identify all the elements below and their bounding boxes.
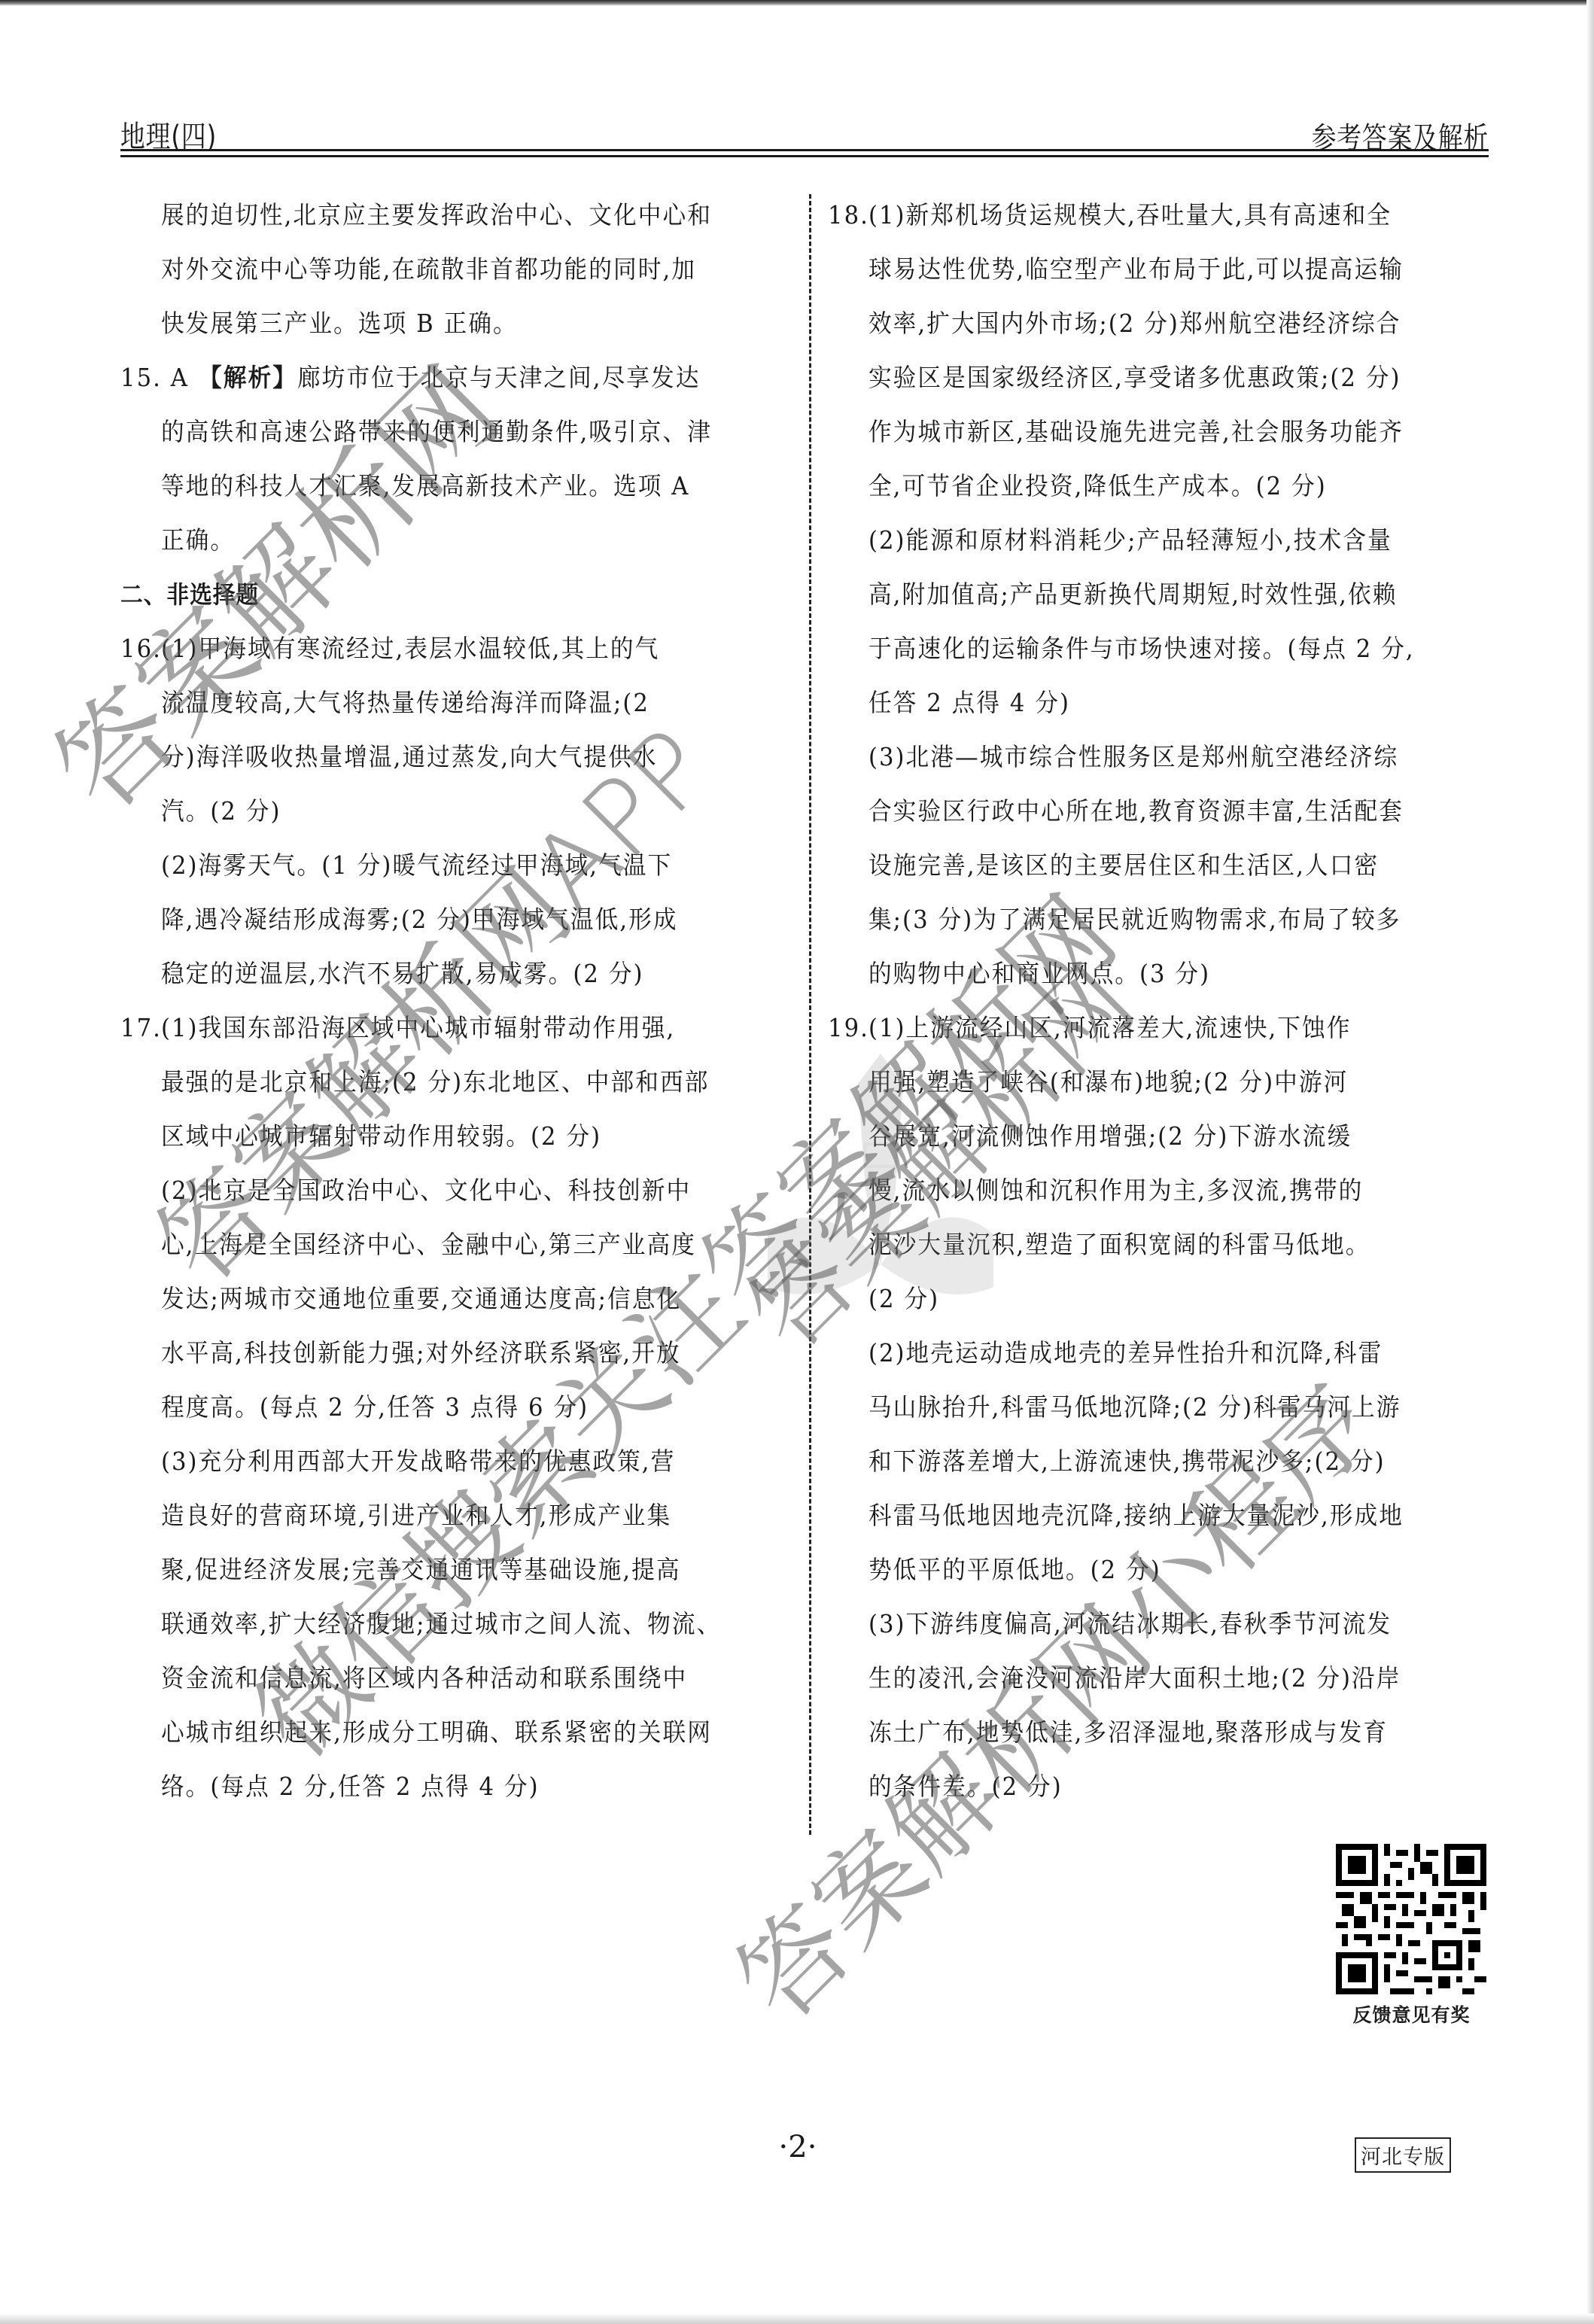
line-text: 资金流和信息流,将区域内各种活动和联系围绕中 — [161, 1663, 687, 1693]
line-text: (3)北港—城市综合性服务区是郑州航空港经济综 — [868, 742, 1398, 771]
line-text: (1)上游流经山区,河流落差大,流速快,下蚀作 — [868, 1013, 1352, 1042]
line-text: 慢,流水以侧蚀和沉积作用为主,多汊流,携带的 — [868, 1176, 1363, 1205]
text-line: (2)北京是全国政治中心、文化中心、科技创新中 — [120, 1164, 740, 1218]
text-line: 冻土广布,地势低洼,多沼泽湿地,聚落形成与发育 — [828, 1705, 1443, 1760]
text-line: 慢,流水以侧蚀和沉积作用为主,多汊流,携带的 — [828, 1164, 1443, 1218]
line-text: (1)新郑机场货运规模大,吞吐量大,具有高速和全 — [868, 200, 1392, 230]
text-line: 谷展宽,河流侧蚀作用增强;(2 分)下游水流缓 — [828, 1109, 1443, 1164]
text-line: 马山脉抬升,科雷马低地沉降;(2 分)科雷马河上游 — [828, 1380, 1443, 1434]
text-line: 等地的科技人才汇聚,发展高新技术产业。选项 A — [120, 459, 740, 513]
text-line: 集;(3 分)为了满足居民就近购物需求,布局了较多 — [828, 893, 1443, 947]
text-line: 高,附加值高;产品更新换代周期短,时效性强,依赖 — [828, 567, 1443, 622]
line-text: 心,上海是全国经济中心、金融中心,第三产业高度 — [161, 1230, 696, 1259]
line-text: 分)海洋吸收热量增温,通过蒸发,向大气提供水 — [161, 742, 658, 771]
text-line: 降,遇冷凝结形成海雾;(2 分)甲海域气温低,形成 — [120, 893, 740, 947]
line-text: 生的凌汛,会淹没河流沿岸大面积土地;(2 分)沿岸 — [868, 1663, 1401, 1693]
line-text: 集;(3 分)为了满足居民就近购物需求,布局了较多 — [868, 905, 1401, 934]
text-line: 实验区是国家级经济区,享受诸多优惠政策;(2 分) — [828, 351, 1443, 405]
question-line: 19.(1)上游流经山区,河流落差大,流速快,下蚀作 — [828, 1001, 1443, 1055]
text-line: 设施完善,是该区的主要居住区和生活区,人口密 — [828, 838, 1443, 893]
text-line: 用强,塑造了峡谷(和瀑布)地貌;(2 分)中游河 — [828, 1055, 1443, 1109]
text-line: 的条件差。(2 分) — [828, 1760, 1443, 1814]
line-text: 势低平的平原低地。(2 分) — [868, 1555, 1161, 1584]
line-text: 汽。(2 分) — [161, 796, 281, 826]
line-text: 谷展宽,河流侧蚀作用增强;(2 分)下游水流缓 — [868, 1121, 1352, 1151]
text-line: 的高铁和高速公路带来的便利通勤条件,吸引京、津 — [120, 405, 740, 459]
line-text: (2)能源和原材料消耗少;产品轻薄短小,技术含量 — [868, 525, 1392, 555]
text-line: 区域中心城市辐射带动作用较弱。(2 分) — [120, 1109, 740, 1164]
line-text: 的条件差。(2 分) — [868, 1772, 1063, 1801]
line-text: 用强,塑造了峡谷(和瀑布)地貌;(2 分)中游河 — [868, 1067, 1348, 1097]
line-text: 效率,扩大国内外市场;(2 分)郑州航空港经济综合 — [868, 309, 1401, 338]
line-text: 任答 2 点得 4 分) — [868, 688, 1070, 717]
line-text: 对外交流中心等功能,在疏散非首都功能的同时,加 — [161, 254, 696, 284]
question-number: 18. — [828, 188, 868, 242]
text-line: 造良好的营商环境,引进产业和人才,形成产业集 — [120, 1489, 740, 1543]
text-line: (3)充分利用西部大开发战略带来的优惠政策,营 — [120, 1434, 740, 1489]
question-number: 17. — [120, 1001, 161, 1055]
text-line: 作为城市新区,基础设施先进完善,社会服务功能齐 — [828, 405, 1443, 459]
text-line: 的购物中心和商业网点。(3 分) — [828, 947, 1443, 1001]
line-text: 马山脉抬升,科雷马低地沉降;(2 分)科雷马河上游 — [868, 1392, 1401, 1422]
line-text: 正确。 — [161, 525, 235, 555]
line-text: 全,可节省企业投资,降低生产成本。(2 分) — [868, 471, 1327, 500]
line-text: (3)充分利用西部大开发战略带来的优惠政策,营 — [161, 1446, 675, 1476]
right-column: 18.(1)新郑机场货运规模大,吞吐量大,具有高速和全球易达性优势,临空型产业布… — [828, 188, 1490, 1814]
text-line: 流温度较高,大气将热量传递给海洋而降温;(2 — [120, 676, 740, 730]
line-text: 降,遇冷凝结形成海雾;(2 分)甲海域气温低,形成 — [161, 905, 678, 934]
line-text: (1)甲海域有寒流经过,表层水温较低,其上的气 — [161, 634, 659, 663]
line-text: (3)下游纬度偏高,河流结冰期长,春秋季节河流发 — [868, 1609, 1392, 1638]
line-text: 高,附加值高;产品更新换代周期短,时效性强,依赖 — [868, 579, 1398, 609]
edition-badge: 河北专版 — [1355, 2137, 1451, 2173]
line-text: (2)地壳运动造成地壳的差异性抬升和沉降,科雷 — [868, 1338, 1383, 1367]
text-line: 和下游落差增大,上游流速快,携带泥沙多;(2 分) — [828, 1434, 1443, 1489]
line-text: 泥沙大量沉积,塑造了面积宽阔的科雷马低地。 — [868, 1230, 1370, 1259]
text-line: 络。(每点 2 分,任答 2 点得 4 分) — [120, 1760, 740, 1814]
section-heading: 二、非选择题 — [120, 567, 740, 622]
qr-code-icon — [1336, 1844, 1486, 1994]
text-line: 程度高。(每点 2 分,任答 3 点得 6 分) — [120, 1380, 740, 1434]
line-text: 程度高。(每点 2 分,任答 3 点得 6 分) — [161, 1392, 589, 1422]
left-column: 展的迫切性,北京应主要发挥政治中心、文化中心和对外交流中心等功能,在疏散非首都功… — [120, 188, 786, 1814]
text-line: 发达;两城市交通地位重要,交通通达度高;信息化 — [120, 1272, 740, 1326]
question-number: 16. — [120, 622, 161, 676]
scan-edge-right — [1586, 0, 1594, 2324]
text-line: 展的迫切性,北京应主要发挥政治中心、文化中心和 — [120, 188, 740, 242]
text-line: 科雷马低地因地壳沉降,接纳上游大量泥沙,形成地 — [828, 1489, 1443, 1543]
text-line: 心,上海是全国经济中心、金融中心,第三产业高度 — [120, 1218, 740, 1272]
line-text: 作为城市新区,基础设施先进完善,社会服务功能齐 — [868, 417, 1404, 446]
header-rule-top — [120, 149, 1489, 151]
text-line: (3)下游纬度偏高,河流结冰期长,春秋季节河流发 — [828, 1597, 1443, 1651]
line-text: 快发展第三产业。选项 B 正确。 — [161, 309, 518, 338]
line-text: 廊坊市位于北京与天津之间,尽享发达 — [297, 363, 701, 392]
text-line: 泥沙大量沉积,塑造了面积宽阔的科雷马低地。 — [828, 1218, 1443, 1272]
text-line: 对外交流中心等功能,在疏散非首都功能的同时,加 — [120, 242, 740, 297]
line-text: 联通效率,扩大经济腹地;通过城市之间人流、物流、 — [161, 1609, 721, 1638]
line-text: 最强的是北京和上海;(2 分)东北地区、中部和西部 — [161, 1067, 710, 1097]
line-text: 区域中心城市辐射带动作用较弱。(2 分) — [161, 1121, 601, 1151]
line-text: 流温度较高,大气将热量传递给海洋而降温;(2 — [161, 688, 649, 717]
text-line: 全,可节省企业投资,降低生产成本。(2 分) — [828, 459, 1443, 513]
line-text: 实验区是国家级经济区,享受诸多优惠政策;(2 分) — [868, 363, 1401, 392]
scan-edge-top — [0, 0, 1594, 6]
qr-caption: 反馈意见有奖 — [1331, 2000, 1492, 2027]
page-number: ·2· — [760, 2130, 835, 2164]
line-text: 二、非选择题 — [120, 580, 259, 609]
text-line: 效率,扩大国内外市场;(2 分)郑州航空港经济综合 — [828, 297, 1443, 351]
line-text: (2)北京是全国政治中心、文化中心、科技创新中 — [161, 1176, 691, 1205]
line-text: 展的迫切性,北京应主要发挥政治中心、文化中心和 — [161, 200, 712, 230]
line-text: 球易达性优势,临空型产业布局于此,可以提高运输 — [868, 254, 1404, 284]
text-line: 快发展第三产业。选项 B 正确。 — [120, 297, 740, 351]
text-line: 于高速化的运输条件与市场快速对接。(每点 2 分, — [828, 622, 1443, 676]
text-line: 最强的是北京和上海;(2 分)东北地区、中部和西部 — [120, 1055, 740, 1109]
text-line: 分)海洋吸收热量增温,通过蒸发,向大气提供水 — [120, 730, 740, 784]
text-line: 水平高,科技创新能力强;对外经济联系紧密,开放 — [120, 1326, 740, 1380]
question-line: 15. A【解析】廊坊市位于北京与天津之间,尽享发达 — [120, 351, 740, 405]
line-text: 络。(每点 2 分,任答 2 点得 4 分) — [161, 1772, 540, 1801]
line-text: (2 分) — [868, 1284, 939, 1313]
line-text: 冻土广布,地势低洼,多沼泽湿地,聚落形成与发育 — [868, 1717, 1388, 1747]
line-text: 稳定的逆温层,水汽不易扩散,易成雾。(2 分) — [161, 959, 644, 988]
text-line: 联通效率,扩大经济腹地;通过城市之间人流、物流、 — [120, 1597, 740, 1651]
text-line: 合实验区行政中心所在地,教育资源丰富,生活配套 — [828, 784, 1443, 838]
text-line: 聚,促进经济发展;完善交通通讯等基础设施,提高 — [120, 1543, 740, 1597]
scan-edge-bottom — [0, 2313, 1594, 2324]
text-line: 任答 2 点得 4 分) — [828, 676, 1443, 730]
feedback-qr-code[interactable] — [1336, 1844, 1486, 1994]
text-line: (3)北港—城市综合性服务区是郑州航空港经济综 — [828, 730, 1443, 784]
line-text: 的购物中心和商业网点。(3 分) — [868, 959, 1210, 988]
line-text: 科雷马低地因地壳沉降,接纳上游大量泥沙,形成地 — [868, 1501, 1404, 1530]
text-line: 心城市组织起来,形成分工明确、联系紧密的关联网 — [120, 1705, 740, 1760]
text-line: 球易达性优势,临空型产业布局于此,可以提高运输 — [828, 242, 1443, 297]
line-text: 于高速化的运输条件与市场快速对接。(每点 2 分, — [868, 634, 1415, 663]
text-line: (2)能源和原材料消耗少;产品轻薄短小,技术含量 — [828, 513, 1443, 567]
question-number: 15. A — [120, 351, 189, 405]
analysis-tag: 【解析】 — [199, 363, 297, 392]
question-line: 18.(1)新郑机场货运规模大,吞吐量大,具有高速和全 — [828, 188, 1443, 242]
text-line: 势低平的平原低地。(2 分) — [828, 1543, 1443, 1597]
text-line: 生的凌汛,会淹没河流沿岸大面积土地;(2 分)沿岸 — [828, 1651, 1443, 1705]
line-text: 合实验区行政中心所在地,教育资源丰富,生活配套 — [868, 796, 1404, 826]
column-divider — [809, 194, 811, 1835]
text-line: 正确。 — [120, 513, 740, 567]
text-line: (2)海雾天气。(1 分)暖气流经过甲海域,气温下 — [120, 838, 740, 893]
text-line: 资金流和信息流,将区域内各种活动和联系围绕中 — [120, 1651, 740, 1705]
text-line: 汽。(2 分) — [120, 784, 740, 838]
question-line: 16.(1)甲海域有寒流经过,表层水温较低,其上的气 — [120, 622, 740, 676]
line-text: 的高铁和高速公路带来的便利通勤条件,吸引京、津 — [161, 417, 712, 446]
line-text: 发达;两城市交通地位重要,交通通达度高;信息化 — [161, 1284, 681, 1313]
line-text: 和下游落差增大,上游流速快,携带泥沙多;(2 分) — [868, 1446, 1386, 1476]
question-number: 19. — [828, 1001, 868, 1055]
text-line: 稳定的逆温层,水汽不易扩散,易成雾。(2 分) — [120, 947, 740, 1001]
line-text: 聚,促进经济发展;完善交通通讯等基础设施,提高 — [161, 1555, 681, 1584]
line-text: 造良好的营商环境,引进产业和人才,形成产业集 — [161, 1501, 671, 1530]
line-text: 水平高,科技创新能力强;对外经济联系紧密,开放 — [161, 1338, 681, 1367]
line-text: 等地的科技人才汇聚,发展高新技术产业。选项 A — [161, 471, 690, 500]
line-text: 设施完善,是该区的主要居住区和生活区,人口密 — [868, 850, 1379, 880]
text-line: (2)地壳运动造成地壳的差异性抬升和沉降,科雷 — [828, 1326, 1443, 1380]
question-line: 17.(1)我国东部沿海区域中心城市辐射带动作用强, — [120, 1001, 740, 1055]
line-text: (2)海雾天气。(1 分)暖气流经过甲海域,气温下 — [161, 850, 672, 880]
header-rule-bottom — [120, 155, 1489, 157]
text-line: (2 分) — [828, 1272, 1443, 1326]
line-text: (1)我国东部沿海区域中心城市辐射带动作用强, — [161, 1013, 675, 1042]
line-text: 心城市组织起来,形成分工明确、联系紧密的关联网 — [161, 1717, 712, 1747]
